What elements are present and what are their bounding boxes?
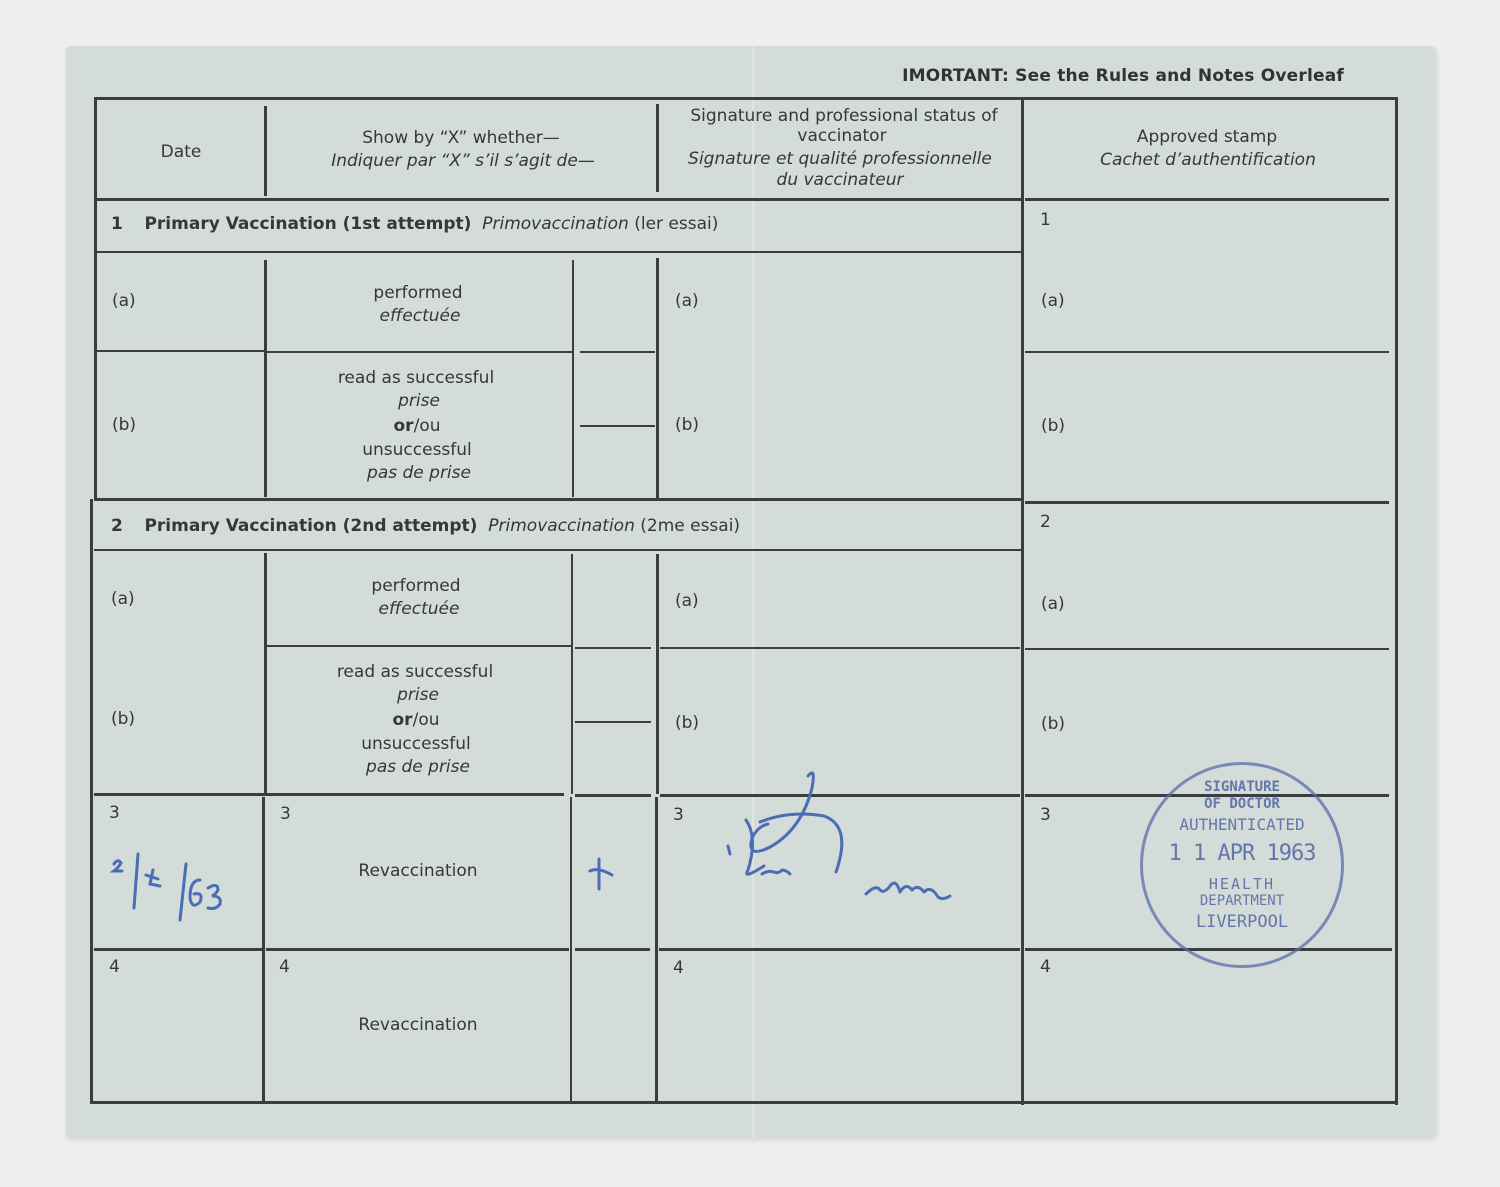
header-stamp-en: Approved stamp — [1137, 126, 1277, 148]
or-ou-label: or/ou — [393, 710, 440, 730]
signature-row-a-label: (a) — [675, 591, 699, 611]
stamp-line-1: SIGNATURE — [1143, 779, 1341, 795]
stamp-cell-number-2: 2 — [1040, 512, 1051, 532]
stamp-cell-number-1: 1 — [1040, 210, 1051, 230]
handwritten-date[interactable] — [108, 850, 238, 925]
divider — [94, 498, 1022, 501]
divider — [267, 351, 572, 353]
health-department-stamp: SIGNATURE OF DOCTOR AUTHENTICATED 1 1 AP… — [1140, 762, 1344, 968]
section-title-fr: Primovaccination — [488, 516, 635, 536]
or-word: or — [394, 416, 414, 436]
section-number: 1 — [111, 214, 123, 234]
stamp-line-5: HEALTH — [1143, 875, 1341, 893]
unsuccessful-label: unsuccessful — [362, 440, 472, 460]
prise-label: prise — [397, 685, 439, 705]
reval-3-signature-number: 3 — [673, 805, 684, 825]
performed-label: performed — [371, 576, 460, 596]
vaccination-certificate-card — [66, 46, 1436, 1138]
divider — [264, 106, 267, 196]
frame-top — [94, 97, 1398, 100]
divider — [266, 948, 569, 951]
or-word: or — [393, 710, 413, 730]
or-divider — [575, 721, 651, 723]
divider — [572, 260, 574, 497]
section-number: 2 — [111, 516, 123, 536]
x-mark[interactable] — [585, 855, 615, 895]
performed-label-fr: effectuée — [379, 599, 460, 619]
stamp-date: 1 1 APR 1963 — [1143, 841, 1341, 866]
revaccination-3-label: Revaccination — [358, 861, 477, 881]
divider — [575, 794, 651, 797]
or-divider — [580, 425, 655, 427]
divider — [656, 258, 659, 498]
divider — [660, 647, 1020, 649]
row-a-label: (a) — [112, 291, 136, 311]
divider — [655, 797, 658, 1102]
divider — [575, 948, 650, 951]
divider — [94, 549, 1022, 551]
divider — [656, 104, 659, 192]
read-successful-label: read as successful — [337, 662, 493, 682]
header-date: Date — [161, 141, 202, 163]
section-title-en: Primary Vaccination (1st attempt) — [144, 214, 471, 234]
header-sig-fr-1: Signature et qualité professionnelle — [688, 148, 992, 170]
stamp-row-a-label: (a) — [1041, 291, 1065, 311]
stamp-line-2: OF DOCTOR — [1143, 796, 1341, 812]
reval-4-date-number: 4 — [109, 957, 120, 977]
stamp-row-b-label: (b) — [1041, 416, 1065, 436]
stamp-line-7: LIVERPOOL — [1143, 912, 1341, 932]
divider — [264, 553, 267, 793]
ou-word: /ou — [414, 416, 441, 436]
pas-de-prise-label: pas de prise — [366, 757, 470, 777]
fold-crease — [752, 46, 754, 1138]
reval-4-stamp-number: 4 — [1040, 957, 1051, 977]
pas-de-prise-label: pas de prise — [367, 463, 471, 483]
divider — [570, 797, 572, 1102]
divider — [1025, 351, 1389, 353]
reval-3-stamp-number: 3 — [1040, 805, 1051, 825]
frame-left-upper — [94, 97, 97, 499]
divider — [575, 647, 651, 649]
divider — [94, 198, 1022, 201]
row-a-label: (a) — [111, 589, 135, 609]
performed-label-fr: effectuée — [380, 306, 461, 326]
stamp-row-b-label: (b) — [1041, 714, 1065, 734]
stamp-line-6: DEPARTMENT — [1143, 893, 1341, 909]
divider-stamp-column — [1021, 97, 1024, 1105]
divider — [264, 260, 267, 497]
divider — [94, 350, 264, 352]
stamp-line-3: AUTHENTICATED — [1143, 815, 1341, 834]
divider — [267, 645, 571, 647]
frame-right — [1395, 97, 1398, 1105]
unsuccessful-label: unsuccessful — [361, 734, 471, 754]
divider — [262, 797, 265, 1102]
row-b-label: (b) — [111, 709, 135, 729]
read-successful-label: read as successful — [338, 368, 494, 388]
divider — [571, 554, 573, 794]
divider — [1025, 198, 1389, 201]
divider — [1025, 501, 1389, 504]
divider — [659, 948, 1020, 951]
header-stamp-fr: Cachet d’authentification — [1100, 149, 1316, 171]
performed-label: performed — [373, 283, 462, 303]
vaccinator-signature[interactable] — [720, 770, 980, 920]
section-1-title: 1 Primary Vaccination (1st attempt) Prim… — [111, 214, 718, 234]
header-sig-en-1: Signature and professional status of — [690, 105, 997, 127]
reval-4-signature-number: 4 — [673, 958, 684, 978]
signature-row-a-label: (a) — [675, 291, 699, 311]
or-ou-label: or/ou — [394, 416, 441, 436]
divider — [94, 793, 564, 796]
ou-word: /ou — [413, 710, 440, 730]
signature-row-b-label: (b) — [675, 713, 699, 733]
reval-3-date-number: 3 — [109, 803, 120, 823]
important-notice: IMORTANT: See the Rules and Notes Overle… — [902, 66, 1344, 86]
section-title-fr: Primovaccination — [482, 214, 629, 234]
frame-left-lower — [90, 499, 93, 1104]
revaccination-4-label: Revaccination — [358, 1015, 477, 1035]
header-sig-en-2: vaccinator — [797, 125, 886, 147]
divider — [580, 351, 655, 353]
section-title-en: Primary Vaccination (2nd attempt) — [144, 516, 477, 536]
row-b-label: (b) — [112, 415, 136, 435]
reval-3-number: 3 — [280, 804, 291, 824]
frame-bottom — [90, 1101, 1398, 1104]
stamp-row-a-label: (a) — [1041, 594, 1065, 614]
divider — [1025, 648, 1389, 650]
divider — [94, 251, 1022, 253]
divider — [656, 554, 659, 794]
reval-4-number: 4 — [279, 957, 290, 977]
header-show-en: Show by “X” whether— — [362, 127, 560, 149]
header-show-fr: Indiquer par “X” s’il s’agit de— — [331, 150, 595, 172]
section-title-fr-paren: (2me essai) — [640, 516, 740, 536]
prise-label: prise — [398, 391, 440, 411]
section-title-fr-paren: (ler essai) — [634, 214, 718, 234]
section-2-title: 2 Primary Vaccination (2nd attempt) Prim… — [111, 516, 740, 536]
header-sig-fr-2: du vaccinateur — [777, 169, 904, 191]
signature-row-b-label: (b) — [675, 415, 699, 435]
divider — [94, 948, 262, 951]
